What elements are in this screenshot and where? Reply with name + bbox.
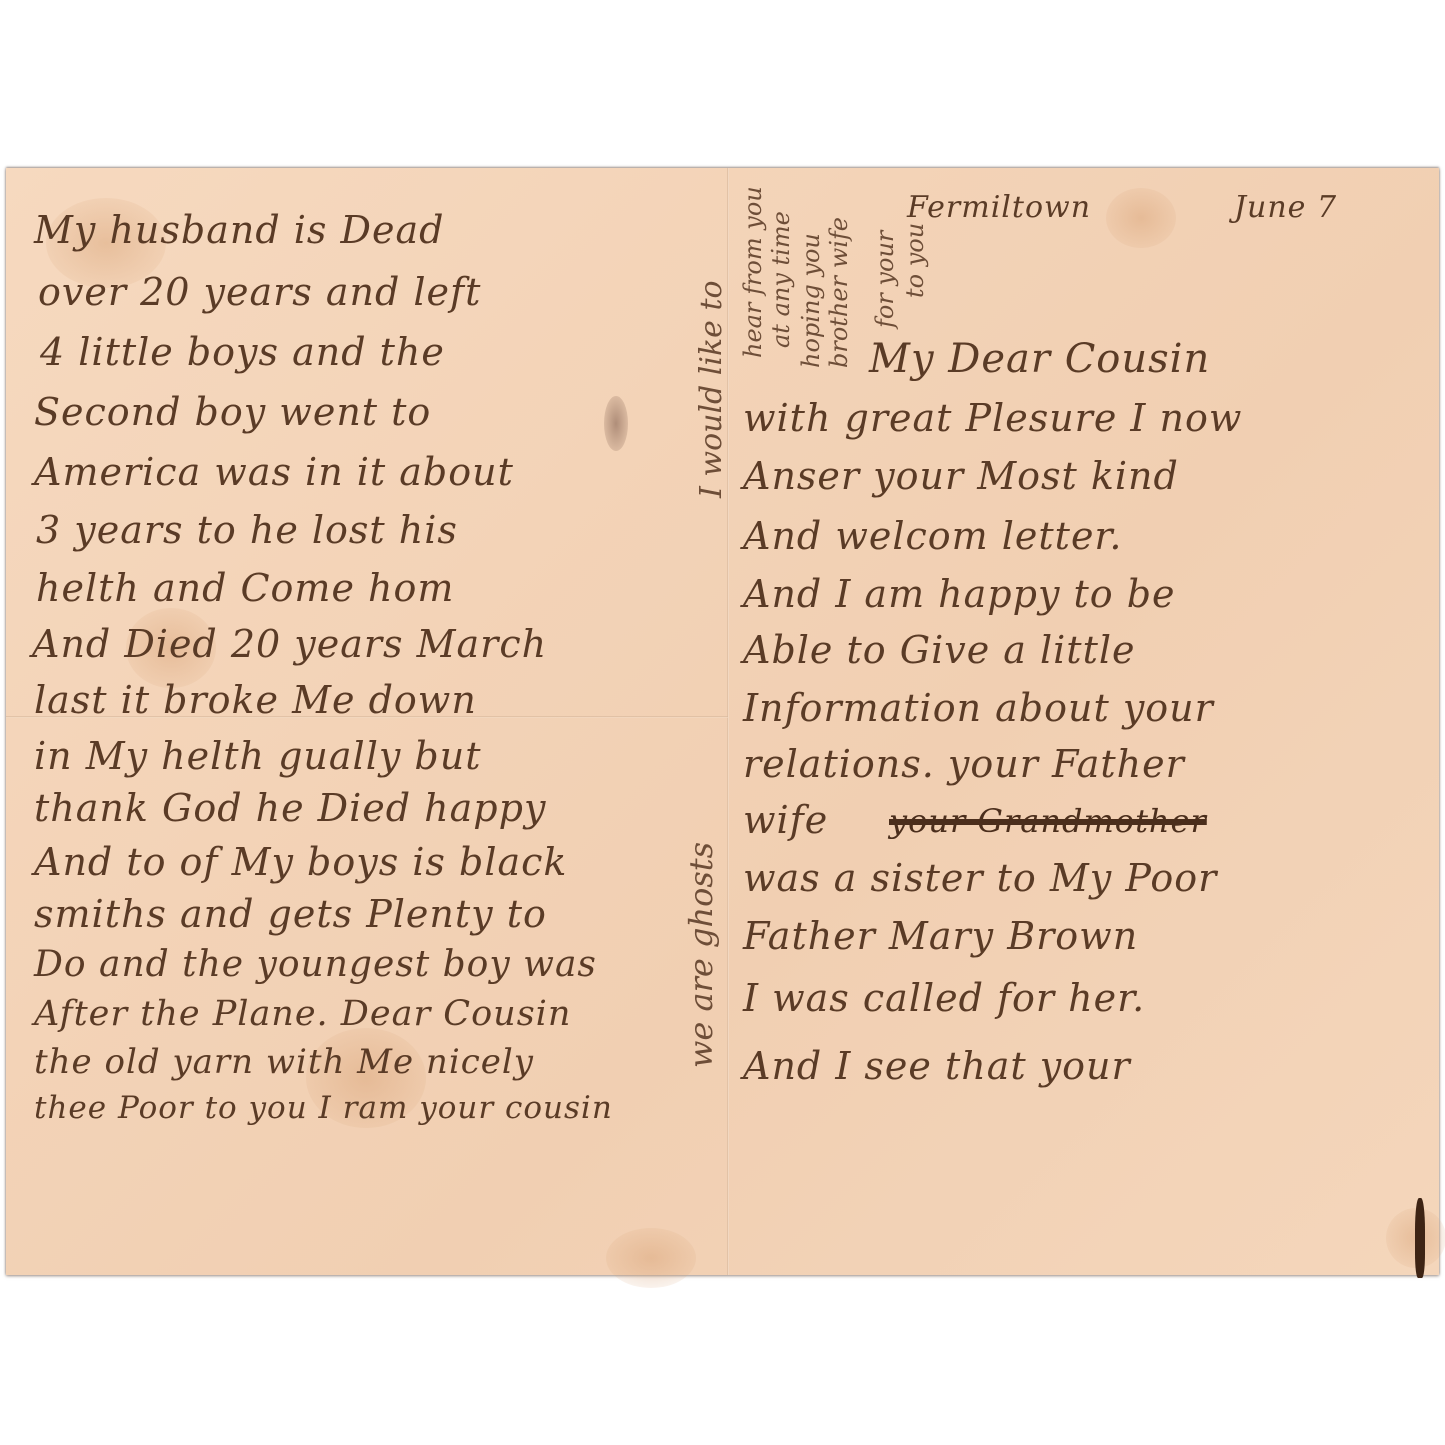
- letter-line: After the Plane. Dear Cousin: [34, 994, 571, 1034]
- margin-note-vertical: to you: [901, 223, 929, 298]
- letter-line: relations. your Father: [743, 742, 1185, 786]
- letter-line: the old yarn with Me nicely: [34, 1042, 534, 1082]
- letter-line: And to of My boys is black: [34, 840, 567, 884]
- letter-line: wife: [743, 798, 828, 842]
- letter-line: And I am happy to be: [743, 572, 1176, 616]
- margin-note-vertical: hoping you: [797, 233, 825, 368]
- letter-line: And I see that your: [743, 1044, 1131, 1088]
- ink-smudge: [604, 396, 628, 451]
- salutation: My Dear Cousin: [869, 336, 1210, 382]
- letter-line: And Died 20 years March: [32, 622, 547, 666]
- letter-line: Able to Give a little: [743, 628, 1135, 672]
- margin-note-vertical: at any time: [767, 211, 795, 348]
- struck-out-text: your Grandmother: [889, 802, 1207, 840]
- letter-line: thee Poor to you I ram your cousin: [34, 1090, 613, 1126]
- letter-line: smiths and gets Plenty to: [34, 892, 547, 936]
- letter-sheet: My husband is Dead over 20 years and lef…: [6, 168, 1439, 1275]
- margin-note-vertical: hear from you: [739, 186, 767, 358]
- letter-line: 4 little boys and the: [40, 330, 445, 374]
- letter-line: Anser your Most kind: [743, 454, 1179, 498]
- letter-line: And welcom letter.: [743, 514, 1123, 558]
- letter-line: over 20 years and left: [38, 270, 481, 314]
- ink-blot: [1415, 1198, 1425, 1278]
- letter-line: with great Plesure I now: [743, 396, 1242, 440]
- letter-place: Fermiltown: [907, 190, 1091, 225]
- letter-line: Father Mary Brown: [743, 914, 1138, 958]
- right-page: hear from you at any time hoping you bro…: [729, 168, 1439, 1275]
- letter-line: Information about your: [743, 686, 1214, 730]
- letter-line: Second boy went to: [34, 390, 431, 434]
- letter-line: Do and the youngest boy was: [34, 944, 597, 985]
- margin-note-vertical: for your: [871, 231, 899, 328]
- letter-line: I was called for her.: [743, 976, 1145, 1020]
- letter-line: 3 years to he lost his: [36, 508, 458, 552]
- margin-note-vertical: brother wife: [825, 217, 853, 368]
- letter-line: helth and Come hom: [36, 566, 454, 610]
- left-page: My husband is Dead over 20 years and lef…: [6, 168, 728, 1275]
- margin-note-vertical: we are ghosts: [682, 842, 720, 1068]
- letter-line: My husband is Dead: [34, 208, 444, 252]
- letter-line: was a sister to My Poor: [743, 856, 1217, 900]
- letter-line: America was in it about: [34, 450, 514, 494]
- letter-line: in My helth gually but: [34, 734, 481, 778]
- margin-note-vertical: I would like to: [694, 280, 729, 498]
- letter-line: thank God he Died happy: [34, 786, 546, 830]
- letter-line: last it broke Me down: [34, 678, 477, 722]
- letter-date: June 7: [1234, 190, 1337, 225]
